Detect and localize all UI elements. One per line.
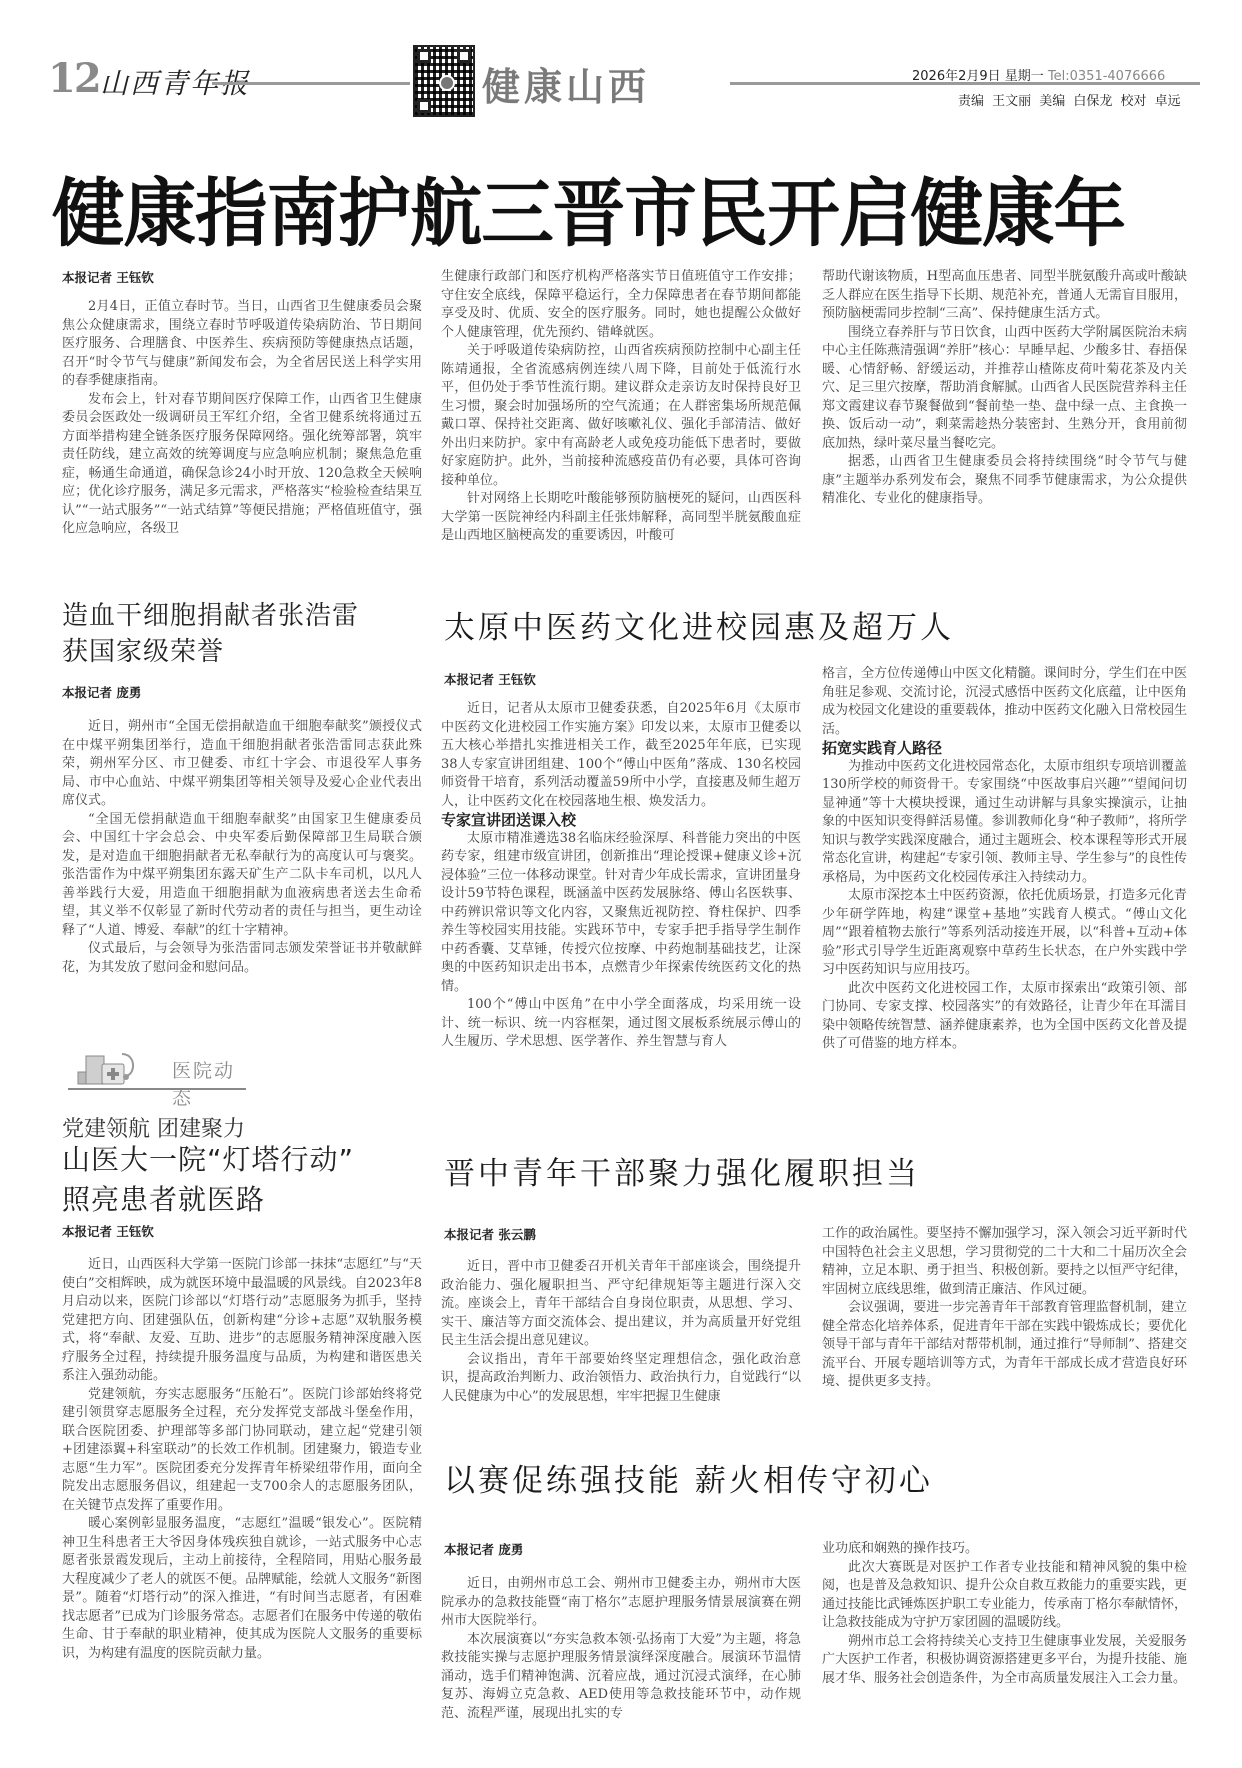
- qr-code-icon[interactable]: [413, 45, 475, 117]
- paragraph: 2月4日，正值立春时节。当日，山西省卫生健康委员会聚焦公众健康需求，围绕立春时节…: [62, 298, 422, 391]
- paragraph: 帮助代谢该物质，H型高血压患者、同型半胱氨酸升高或叶酸缺乏人群应在医生指导下长期…: [822, 268, 1187, 324]
- contest-byline: 本报记者 庞勇: [444, 1540, 523, 1558]
- paragraph: 会议指出，青年干部要始终坚定理想信念，强化政治意识，提高政治判断力、政治领悟力、…: [441, 1351, 801, 1407]
- jinzhong-column-1: 近日，晋中市卫健委召开机关青年干部座谈会，围绕提升政治能力、强化履职担当、严守纪…: [441, 1258, 801, 1406]
- paragraph: 围绕立春养肝与节日饮食，山西中医药大学附属医院治未病中心主任陈燕清强调“养肝”核…: [822, 324, 1187, 454]
- paragraph: 工作的政治属性。要坚持不懈加强学习，深入领会习近平新时代中国特色社会主义思想，学…: [822, 1225, 1187, 1299]
- hospital-news-tag: 医院动态: [68, 1050, 246, 1090]
- paragraph: 近日，记者从太原市卫健委获悉，自2025年6月《太原市中医药文化进校园工作实施方…: [441, 700, 801, 811]
- section-title: 健康山西: [482, 56, 650, 111]
- lead-column-1: 2月4日，正值立春时节。当日，山西省卫生健康委员会聚焦公众健康需求，围绕立春时节…: [62, 298, 422, 539]
- lead-byline: 本报记者 王钰钦: [62, 268, 154, 286]
- paragraph: 近日，晋中市卫健委召开机关青年干部座谈会，围绕提升政治能力、强化履职担当、严守纪…: [441, 1258, 801, 1351]
- paragraph: 为推动中医药文化进校园常态化，太原市组织专项培训覆盖130所学校的师资骨干。专家…: [822, 758, 1187, 888]
- paragraph: 朔州市总工会将持续关心支持卫生健康事业发展，关爱服务广大医护工作者，积极协调资源…: [822, 1633, 1187, 1689]
- hospital-headline: 山医大一院“灯塔行动” 照亮患者就医路: [62, 1140, 354, 1220]
- medical-kit-icon: [76, 1050, 140, 1086]
- paragraph: 近日，朔州市“全国无偿捐献造血干细胞奉献奖”颁授仪式在中煤平朔集团举行，造血干细…: [62, 718, 422, 811]
- subhead: 专家宣讲团送课入校: [441, 811, 801, 830]
- paragraph: 针对网络上长期吃叶酸能够预防脑梗死的疑问，山西医科大学第一医院神经内科副主任张炜…: [441, 490, 801, 546]
- page-number: 12: [48, 55, 100, 102]
- lead-column-2: 生健康行政部门和医疗机构严格落实节日值班值守工作安排；守住安全底线，保障平稳运行…: [441, 268, 801, 546]
- paragraph: 太原市精准遴选38名临床经验深厚、科普能力突出的中医药专家，组建市级宣讲团，创新…: [441, 830, 801, 997]
- masthead-rule-left: [212, 82, 410, 85]
- paragraph: 关于呼吸道传染病防控，山西省疾病预防控制中心副主任陈靖通报，全省流感病例连续八周…: [441, 342, 801, 490]
- donor-byline: 本报记者 庞勇: [62, 683, 141, 701]
- issue-date: 2026年2月9日 星期一: [912, 69, 1044, 84]
- paragraph: 发布会上，针对春节期间医疗保障工作，山西省卫生健康委员会医政处一级调研员王军红介…: [62, 391, 422, 539]
- paragraph: 100个“傅山中医角”在中小学全面落成，均采用统一设计、统一标识、统一内容框架，…: [441, 996, 801, 1052]
- paragraph: 近日，山西医科大学第一医院门诊部一抹抹“志愿红”与“天使白”交相辉映，成为就医环…: [62, 1256, 422, 1386]
- subhead: 拓宽实践育人路径: [822, 739, 1187, 758]
- paragraph: 会议强调，要进一步完善青年干部教育管理监督机制，建立健全常态化培养体系，促进青年…: [822, 1299, 1187, 1392]
- tcm-column-1: 近日，记者从太原市卫健委获悉，自2025年6月《太原市中医药文化进校园工作实施方…: [441, 700, 801, 1052]
- contest-headline: 以赛促练强技能 薪火相传守初心: [444, 1455, 933, 1500]
- telephone: Tel:0351-4076666: [1048, 69, 1165, 84]
- tcm-byline: 本报记者 王钰钦: [444, 670, 536, 688]
- dateline: 2026年2月9日 星期一 Tel:0351-4076666: [912, 65, 1165, 84]
- jinzhong-column-2: 工作的政治属性。要坚持不懈加强学习，深入领会习近平新时代中国特色社会主义思想，学…: [822, 1225, 1187, 1392]
- hospital-byline: 本报记者 王钰钦: [62, 1222, 154, 1240]
- paragraph: 此次大赛既是对医护工作者专业技能和精神风貌的集中检阅，也是普及急救知识、提升公众…: [822, 1559, 1187, 1633]
- paragraph: 本次展演赛以“夯实急救本领·弘扬南丁大爱”为主题，将急救技能实操与志愿护理服务情…: [441, 1631, 801, 1724]
- jinzhong-headline: 晋中青年干部聚力强化履职担当: [444, 1148, 920, 1193]
- contest-column-2: 业功底和娴熟的操作技巧。 此次大赛既是对医护工作者专业技能和精神风貌的集中检阅，…: [822, 1540, 1187, 1688]
- paragraph: 太原市深挖本土中医药资源，依托优质场景，打造多元化青少年研学阵地，构建“课堂+基…: [822, 887, 1187, 980]
- donor-body: 近日，朔州市“全国无偿捐献造血干细胞奉献奖”颁授仪式在中煤平朔集团举行，造血干细…: [62, 718, 422, 977]
- paragraph: 业功底和娴熟的操作技巧。: [822, 1540, 1187, 1559]
- paragraph: 格言，全方位传递傅山中医文化精髓。课间时分，学生们在中医角驻足参观、交流讨论，沉…: [822, 665, 1187, 739]
- donor-headline: 造血干细胞捐献者张浩雷 获国家级荣誉: [62, 598, 359, 670]
- lead-headline: 健康指南护航三晋市民开启健康年: [52, 155, 1125, 261]
- paragraph: 近日，由朔州市总工会、朔州市卫健委主办，朔州市大医院承办的急救技能暨“南丁格尔”…: [441, 1575, 801, 1631]
- editor-credits: 责编 王文丽 美编 白保龙 校对 卓远: [958, 90, 1181, 109]
- tcm-headline: 太原中医药文化进校园惠及超万人: [444, 602, 954, 647]
- hospital-kicker: 党建领航 团建聚力: [62, 1112, 245, 1143]
- paragraph: “全国无偿捐献造血干细胞奉献奖”由国家卫生健康委员会、中国红十字会总会、中央军委…: [62, 811, 422, 941]
- paragraph: 暖心案例彰显服务温度，“志愿红”温暖“银发心”。医院精神卫生科患者王大爷因身体残…: [62, 1515, 422, 1663]
- jinzhong-byline: 本报记者 张云鹏: [444, 1225, 536, 1243]
- paragraph: 据悉，山西省卫生健康委员会将持续围绕“时令节气与健康”主题举办系列发布会，聚焦不…: [822, 453, 1187, 509]
- paragraph: 党建领航，夯实志愿服务“压舱石”。医院门诊部始终将党建引领贯穿志愿服务全过程，充…: [62, 1386, 422, 1516]
- paragraph: 此次中医药文化进校园工作，太原市探索出“政策引领、部门协同、专家支撑、校园落实”…: [822, 980, 1187, 1054]
- tcm-column-2: 格言，全方位传递傅山中医文化精髓。课间时分，学生们在中医角驻足参观、交流讨论，沉…: [822, 665, 1187, 1054]
- paragraph: 仪式最后，与会领导为张浩雷同志颁发荣誉证书并敬献鲜花，为其发放了慰问金和慰问品。: [62, 940, 422, 977]
- paragraph: 生健康行政部门和医疗机构严格落实节日值班值守工作安排；守住安全底线，保障平稳运行…: [441, 268, 801, 342]
- dept-label: 医院动态: [172, 1056, 246, 1110]
- hospital-body: 近日，山西医科大学第一医院门诊部一抹抹“志愿红”与“天使白”交相辉映，成为就医环…: [62, 1256, 422, 1663]
- contest-column-1: 近日，由朔州市总工会、朔州市卫健委主办，朔州市大医院承办的急救技能暨“南丁格尔”…: [441, 1575, 801, 1723]
- lead-column-3: 帮助代谢该物质，H型高血压患者、同型半胱氨酸升高或叶酸缺乏人群应在医生指导下长期…: [822, 268, 1187, 509]
